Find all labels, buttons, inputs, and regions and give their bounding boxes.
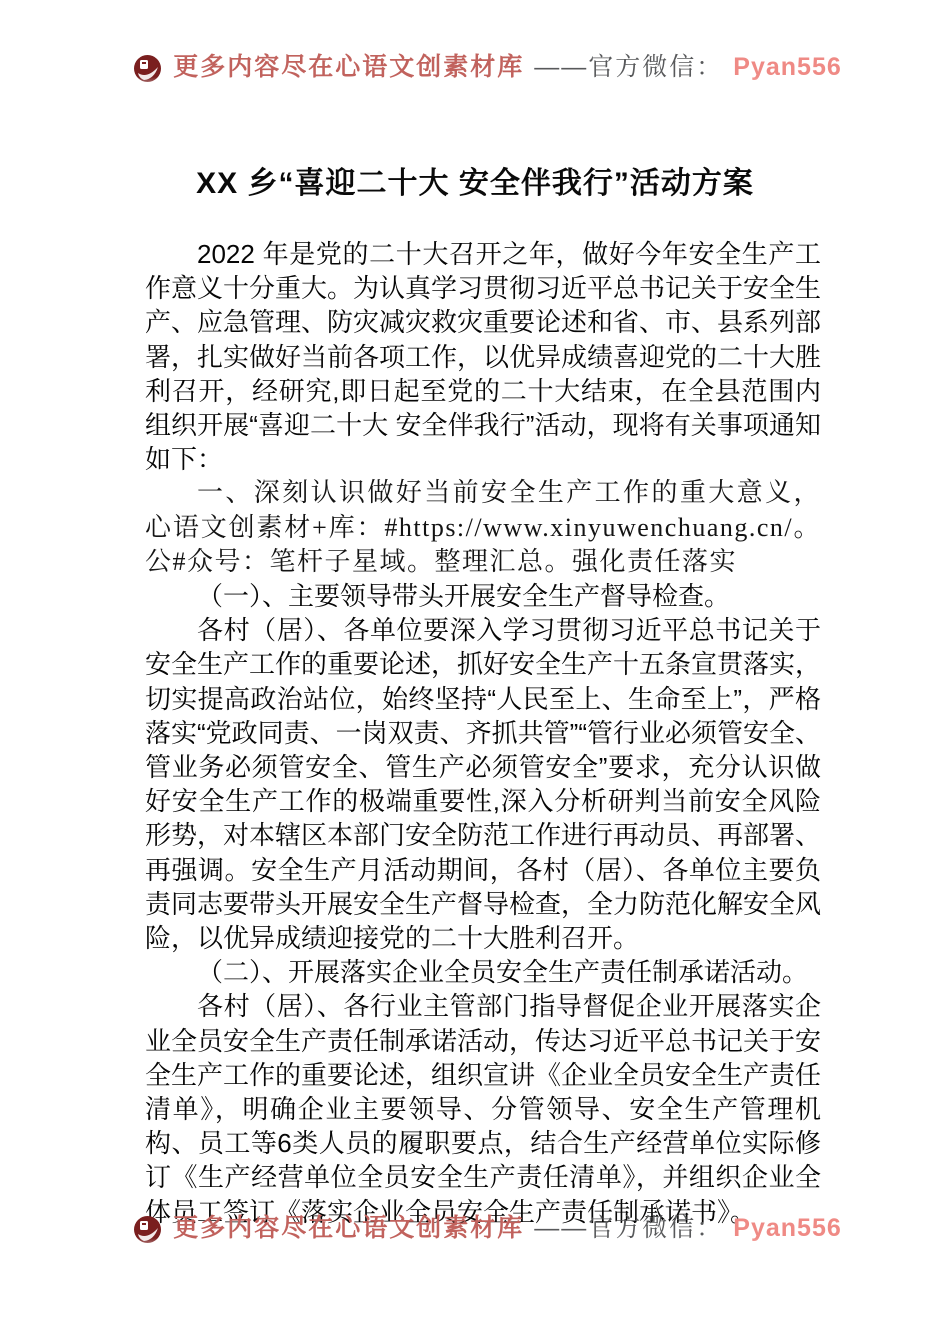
brand-logo-icon (132, 53, 163, 84)
footer-watermark: 更多内容尽在心语文创素材库——官方微信：Pyan556 (12, 1211, 950, 1255)
document-page: 更多内容尽在心语文创素材库——官方微信：Pyan556 XX 乡“喜迎二十大 安… (0, 0, 950, 1344)
header-watermark: 更多内容尽在心语文创素材库——官方微信：Pyan556 (12, 50, 950, 94)
watermark-wechat-label: ——官方微信： (534, 50, 723, 84)
paragraph-item-1-heading: （一）、主要领导带头开展安全生产督导检查。 (145, 579, 821, 613)
paragraph-item-2-body: 各村（居）、各行业主管部门指导督促企业开展落实企业全员安全生产责任制承诺活动，传… (145, 989, 821, 1228)
paragraph-item-2-heading: （二）、开展落实企业全员安全生产责任制承诺活动。 (145, 955, 821, 989)
watermark-wechat-id: Pyan556 (733, 1211, 841, 1245)
brand-logo-icon (132, 1214, 163, 1245)
page-title: XX 乡“喜迎二十大 安全伴我行”活动方案 (0, 158, 950, 202)
paragraph-section-1-heading: 一、深刻认识做好当前安全生产工作的重大意义，心语文创素材+库：#https://… (145, 476, 821, 579)
paragraph-item-1-body: 各村（居）、各单位要深入学习贯彻习近平总书记关于安全生产工作的重要论述，抓好安全… (145, 613, 821, 955)
document-body: 2022 年是党的二十大召开之年，做好今年安全生产工作意义十分重大。为认真学习贯… (145, 237, 821, 1229)
watermark-wechat-label: ——官方微信： (534, 1211, 723, 1245)
watermark-brand-text: 更多内容尽在心语文创素材库 (173, 50, 524, 84)
paragraph-intro: 2022 年是党的二十大召开之年，做好今年安全生产工作意义十分重大。为认真学习贯… (145, 237, 821, 476)
header-watermark-row: 更多内容尽在心语文创素材库——官方微信：Pyan556 (132, 50, 842, 84)
watermark-wechat-id: Pyan556 (733, 50, 841, 84)
watermark-brand-text: 更多内容尽在心语文创素材库 (173, 1211, 524, 1245)
footer-watermark-row: 更多内容尽在心语文创素材库——官方微信：Pyan556 (132, 1211, 842, 1245)
